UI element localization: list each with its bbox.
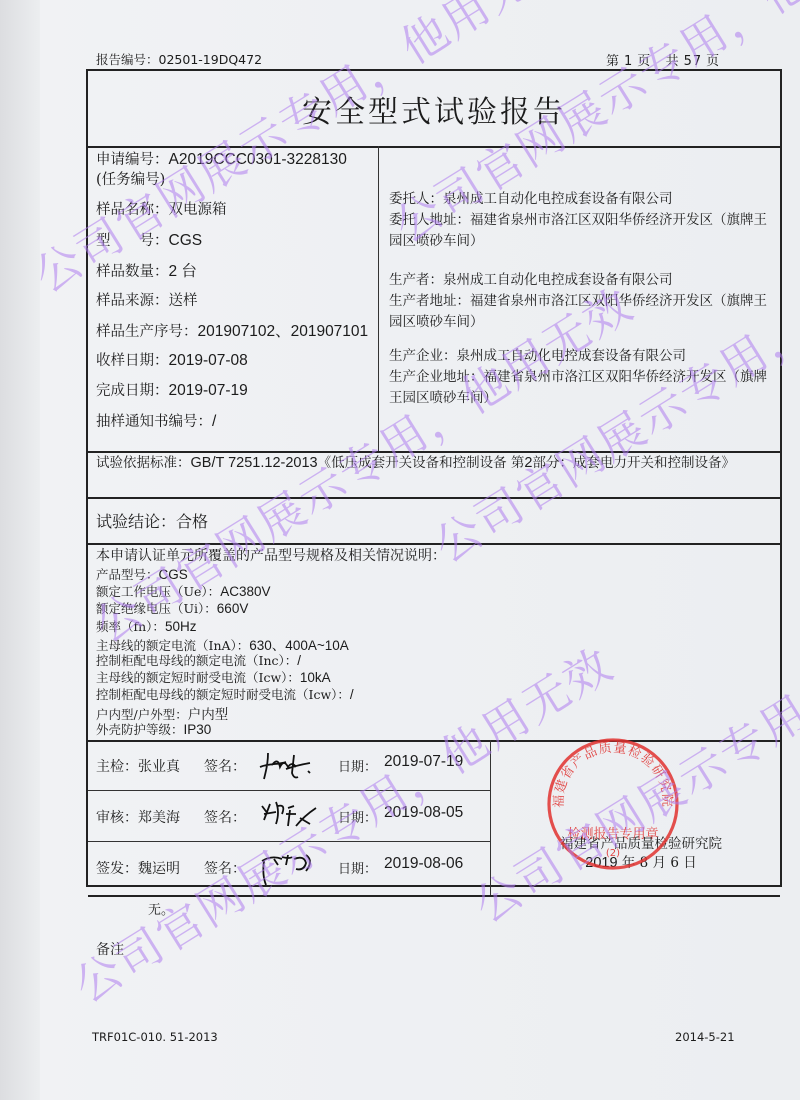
- factory: 生产企业：泉州成工自动化电控成套设备有限公司: [389, 346, 774, 367]
- role-name: 魏运明: [138, 861, 180, 877]
- quantity-value: 2 台: [169, 263, 197, 280]
- spec-value: CGS: [159, 567, 188, 582]
- role: 主检：张业真: [96, 756, 180, 776]
- binding-shadow: [0, 0, 40, 1100]
- factory-label: 生产企业：: [389, 348, 457, 364]
- report-number-label: 报告编号：: [96, 52, 159, 67]
- spec-item: 外壳防护等级：IP30: [96, 720, 211, 738]
- standard-code: GB/T 7251.12-2013: [191, 455, 318, 471]
- handwritten-signature-icon: [256, 745, 320, 785]
- app-no-value: A2019CCC0301-3228130: [169, 151, 347, 168]
- client: 委托人：泉州成工自动化电控成套设备有限公司: [389, 189, 774, 210]
- signature-table: 主检：张业真 签名： 日期： 2019-07-19 审核：郑美海 签名： 日期：…: [88, 740, 491, 895]
- report-number-value: 02501-19DQ472: [159, 52, 263, 67]
- signature-section: 主检：张业真 签名： 日期： 2019-07-19 审核：郑美海 签名： 日期：…: [88, 740, 780, 897]
- handwritten-signature-icon: [256, 847, 320, 887]
- spec-item: 频率（fn）：50Hz: [96, 617, 196, 635]
- test-standard: 试验依据标准：GB/T 7251.12-2013《低压成套开关设备和控制设备 第…: [96, 453, 776, 474]
- serial-label: 样品生产序号：: [96, 324, 198, 340]
- document-page: 报告编号：02501-19DQ472 第1页 共57页 安全型式试验报告 申请编…: [0, 0, 800, 1100]
- factory-address: 生产企业地址：福建省泉州市洛江区双阳华侨经济开发区（旗牌王园区喷砂车间）: [389, 367, 774, 409]
- sample-info: 申请编号：A2019CCC0301-3228130 (任务编号) 样品名称：双电…: [88, 146, 379, 451]
- role-label: 签发：: [96, 861, 138, 877]
- report-form: 安全型式试验报告 申请编号：A2019CCC0301-3228130 (任务编号…: [86, 69, 782, 887]
- completed-value: 2019-07-19: [169, 382, 248, 399]
- model-label: 型 号：: [96, 233, 169, 249]
- role: 签发：魏运明: [96, 858, 180, 878]
- sign-label: 签名：: [204, 858, 246, 878]
- spec-label: 控制柜配电母线的额定电流（Inc）：: [96, 653, 297, 668]
- test-conclusion: 试验结论：合格: [96, 509, 208, 532]
- sign-date: 2019-08-06: [384, 855, 463, 873]
- source-label: 样品来源：: [96, 293, 169, 309]
- role-label: 审核：: [96, 810, 138, 826]
- svg-text:(2): (2): [606, 848, 620, 859]
- spec-item: 控制柜配电母线的额定短时耐受电流（Icw）：/: [96, 685, 354, 703]
- spec-value: 10kA: [300, 670, 331, 685]
- signature-row-reviewer: 审核：郑美海 签名： 日期： 2019-08-05: [88, 791, 490, 842]
- factory-value: 泉州成工自动化电控成套设备有限公司: [457, 348, 687, 364]
- spec-item: 产品型号：CGS: [96, 565, 188, 583]
- handwritten-signature-icon: [256, 796, 320, 836]
- spec-label: 额定绝缘电压（Ui）：: [96, 601, 217, 616]
- info-section: 申请编号：A2019CCC0301-3228130 (任务编号) 样品名称：双电…: [88, 146, 780, 453]
- issuer-block: 福建省产品质量检验研究院 2019 年 8 月 6 日 福建省产品质量检验研究院…: [491, 740, 780, 895]
- standard-name-a: 《低压成套开关设备和控制设备 第: [318, 455, 525, 471]
- sample-name-label: 样品名称：: [96, 202, 169, 218]
- spec-label: 额定工作电压（Ue）：: [96, 584, 220, 599]
- completed-label: 完成日期：: [96, 383, 169, 399]
- client-addr-label: 委托人地址：: [389, 212, 470, 228]
- producer-address: 生产者地址：福建省泉州市洛江区双阳华侨经济开发区（旗牌王园区喷砂车间）: [389, 291, 774, 333]
- sample-name: 样品名称：双电源箱: [96, 198, 227, 219]
- conclusion-label: 试验结论：: [96, 512, 176, 531]
- page-current: 1: [624, 54, 633, 69]
- client-block: 委托人：泉州成工自动化电控成套设备有限公司 委托人地址：福建省泉州市洛江区双阳华…: [389, 189, 774, 252]
- report-number: 报告编号：02501-19DQ472: [96, 50, 262, 68]
- serial-value: 201907102、201907101: [198, 323, 369, 340]
- quantity-label: 样品数量：: [96, 264, 169, 280]
- form-date: 2014-5-21: [675, 1030, 735, 1044]
- spec-value: 660V: [217, 601, 249, 616]
- page-title: 安全型式试验报告: [302, 87, 566, 131]
- sign-label: 签名：: [204, 807, 246, 827]
- spec-label: 频率（fn）：: [96, 619, 165, 634]
- task-number-label: (任务编号): [96, 168, 165, 189]
- sign-date: 2019-08-05: [384, 804, 463, 822]
- date-label: 日期：: [338, 756, 377, 775]
- spec-item: 控制柜配电母线的额定电流（Inc）：/: [96, 651, 301, 669]
- role: 审核：郑美海: [96, 807, 180, 827]
- date-label: 日期：: [338, 858, 377, 877]
- spec-value: AC380V: [220, 584, 270, 599]
- conclusion-row: 试验结论：合格: [88, 497, 780, 545]
- factory-block: 生产企业：泉州成工自动化电控成套设备有限公司 生产企业地址：福建省泉州市洛江区双…: [389, 346, 774, 409]
- producer-value: 泉州成工自动化电控成套设备有限公司: [443, 272, 673, 288]
- spec-item: 主母线的额定短时耐受电流（Icw）：10kA: [96, 668, 331, 686]
- role-name: 张业真: [138, 759, 180, 775]
- signature-row-issuer: 签发：魏运明 签名： 日期： 2019-08-06: [88, 842, 490, 893]
- source-value: 送样: [169, 293, 198, 309]
- sample-quantity: 样品数量：2 台: [96, 259, 197, 281]
- spec-section: 本申请认证单元所覆盖的产品型号规格及相关情况说明： 产品型号：CGS额定工作电压…: [88, 543, 780, 742]
- producer-addr-label: 生产者地址：: [389, 293, 470, 309]
- client-label: 委托人：: [389, 191, 443, 207]
- page-indicator: 第1页 共57页: [606, 50, 724, 69]
- notice-value: /: [212, 413, 216, 430]
- notice-label: 抽样通知书编号：: [96, 414, 212, 430]
- page-mid: 页: [637, 54, 651, 69]
- title-row: 安全型式试验报告: [88, 71, 780, 148]
- svg-text:福建省产品质量检验研究院: 福建省产品质量检验研究院: [552, 741, 674, 808]
- spec-item: 额定工作电压（Ue）：AC380V: [96, 582, 270, 600]
- form-code: TRF01C-010. 51-2013: [92, 1030, 218, 1044]
- spec-value: 50Hz: [165, 619, 197, 634]
- spec-label: 主母线的额定短时耐受电流（Icw）：: [96, 670, 300, 685]
- model-value: CGS: [169, 232, 203, 249]
- official-seal-icon: 福建省产品质量检验研究院 检测报告专用章 (2): [543, 734, 683, 874]
- spec-heading: 本申请认证单元所覆盖的产品型号规格及相关情况说明：: [96, 545, 446, 565]
- app-no-label: 申请编号：: [96, 152, 169, 168]
- remarks-label: 备注: [96, 939, 124, 959]
- conclusion-value: 合格: [176, 512, 208, 531]
- completed-date: 完成日期：2019-07-19: [96, 379, 248, 400]
- spec-value: /: [350, 687, 354, 702]
- remarks-value: 无。: [148, 899, 174, 918]
- sign-label: 签名：: [204, 756, 246, 776]
- total-suffix: 页: [706, 54, 720, 69]
- sample-serial: 样品生产序号：201907102、201907101: [96, 319, 368, 341]
- sampling-notice: 抽样通知书编号：/: [96, 410, 216, 431]
- test-standard-row: 试验依据标准：GB/T 7251.12-2013《低压成套开关设备和控制设备 第…: [88, 451, 780, 499]
- total-prefix: 共: [666, 54, 680, 69]
- client-address: 委托人地址：福建省泉州市洛江区双阳华侨经济开发区（旗牌王园区喷砂车间）: [389, 210, 774, 252]
- spec-label: 外壳防护等级：: [96, 722, 184, 737]
- role-label: 主检：: [96, 759, 138, 775]
- sign-date: 2019-07-19: [384, 753, 463, 771]
- producer: 生产者：泉州成工自动化电控成套设备有限公司: [389, 270, 774, 291]
- standard-label: 试验依据标准：: [96, 455, 191, 471]
- role-name: 郑美海: [138, 810, 180, 826]
- application-number: 申请编号：A2019CCC0301-3228130: [96, 148, 347, 169]
- factory-addr-label: 生产企业地址：: [389, 369, 484, 385]
- received-value: 2019-07-08: [169, 352, 248, 369]
- signature-row-inspector: 主检：张业真 签名： 日期： 2019-07-19: [88, 740, 490, 791]
- spec-item: 额定绝缘电压（Ui）：660V: [96, 599, 248, 617]
- spec-label: 控制柜配电母线的额定短时耐受电流（Icw）：: [96, 687, 350, 702]
- sample-name-value: 双电源箱: [169, 202, 227, 218]
- date-label: 日期：: [338, 807, 377, 826]
- spec-value: IP30: [184, 722, 212, 737]
- page-total: 57: [684, 54, 703, 69]
- received-label: 收样日期：: [96, 353, 169, 369]
- svg-text:检测报告专用章: 检测报告专用章: [567, 826, 658, 842]
- client-value: 泉州成工自动化电控成套设备有限公司: [443, 191, 673, 207]
- spec-value: /: [297, 653, 301, 668]
- party-info: 委托人：泉州成工自动化电控成套设备有限公司 委托人地址：福建省泉州市洛江区双阳华…: [379, 146, 780, 451]
- spec-label: 产品型号：: [96, 567, 159, 582]
- model: 型 号：CGS: [96, 229, 202, 250]
- producer-block: 生产者：泉州成工自动化电控成套设备有限公司 生产者地址：福建省泉州市洛江区双阳华…: [389, 270, 774, 333]
- producer-label: 生产者：: [389, 272, 443, 288]
- sample-source: 样品来源：送样: [96, 289, 198, 310]
- received-date: 收样日期：2019-07-08: [96, 349, 248, 370]
- page-prefix: 第: [606, 54, 620, 69]
- standard-name-b: 部分：成套电力开关和控制设备》: [532, 455, 735, 471]
